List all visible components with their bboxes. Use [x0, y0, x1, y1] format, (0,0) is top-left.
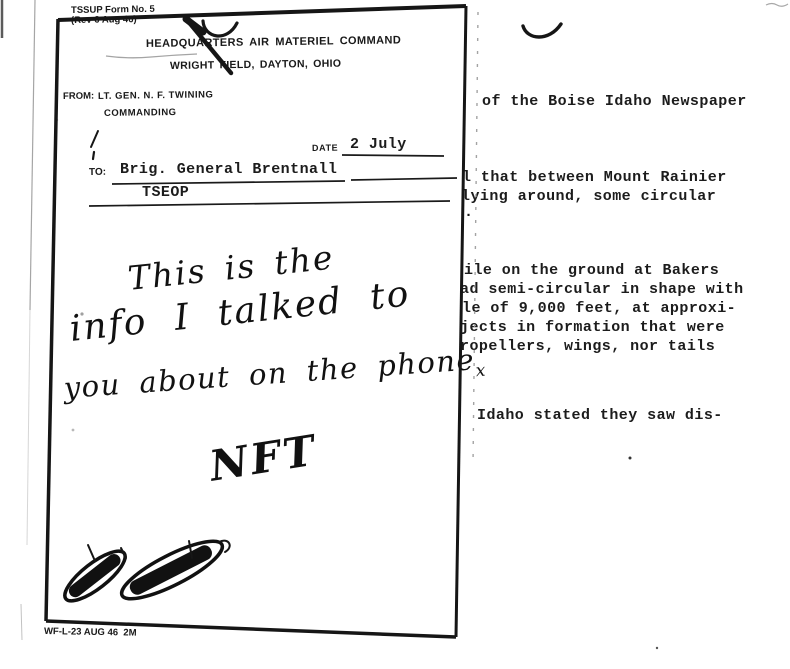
typed-fragment-line: l that between Mount Rainier	[462, 170, 727, 185]
ink-scribble-stray	[121, 548, 126, 558]
typed-fragment-line: of the Boise Idaho Newspaper	[482, 94, 747, 109]
location-line: WRIGHT FIELD, DAYTON, OHIO	[170, 59, 341, 72]
typed-fragment-line: ile on the ground at Bakers	[464, 263, 719, 278]
scan-edge-line	[30, 0, 35, 310]
date-label: DATE	[312, 144, 338, 153]
scan-speckle	[72, 429, 75, 432]
scanned-memo-document: of the Boise Idaho Newspaper l that betw…	[0, 0, 790, 669]
handwritten-note-line2: info I talked to	[68, 276, 412, 348]
scan-speckle	[629, 457, 632, 460]
form-border-left	[46, 19, 58, 621]
ink-scribble-stray	[88, 545, 95, 561]
ink-check-curve-right	[523, 24, 561, 37]
to-label: TO:	[89, 168, 106, 178]
headquarters-title: HEADQUARTERS AIR MATERIEL COMMAND	[146, 35, 401, 50]
scan-speckle	[656, 647, 658, 649]
ink-scribble-stray	[219, 541, 230, 552]
typed-fragment-line: ropellers, wings, nor tails	[460, 339, 715, 354]
typed-fragment-line: .	[464, 205, 473, 220]
from-label: FROM:	[63, 92, 94, 102]
scan-speckle	[766, 4, 788, 7]
signature-initials: NFT	[207, 429, 321, 487]
ink-tick-dot	[93, 152, 94, 159]
date-underline	[342, 155, 444, 156]
date-value: 2 July	[350, 137, 407, 152]
form-revision: (Rev 6 Aug 46)	[71, 15, 137, 25]
to-office: TSEOP	[142, 185, 189, 200]
ink-scribble-left	[58, 543, 132, 608]
form-footer-code: WF-L-23 AUG 46 2M	[44, 627, 137, 638]
typed-fragment-line: jects in formation that were	[460, 320, 725, 335]
to-underline-2	[351, 178, 457, 180]
page-margin-dotted-line	[473, 12, 478, 465]
scan-speckle	[21, 604, 22, 640]
scan-speckle	[56, 119, 58, 121]
to-name: Brig. General Brentnall	[120, 162, 337, 177]
pencil-squiggle	[106, 54, 197, 58]
scan-edge-line	[27, 310, 30, 545]
handwritten-note-line3: you about on the phonex	[63, 345, 488, 409]
ink-slash-arrowhead	[186, 19, 203, 32]
ink-tick-mark	[91, 131, 98, 147]
typed-fragment-line: ad semi-circular in shape with	[460, 282, 744, 297]
office-underline	[89, 201, 450, 206]
from-name: LT. GEN. N. F. TWINING	[98, 90, 213, 101]
ink-scribble-stray	[189, 541, 192, 558]
from-title: COMMANDING	[104, 108, 177, 119]
ink-check-curve	[203, 21, 237, 36]
ink-scribble-right	[115, 531, 228, 609]
handwritten-x-mark: x	[475, 360, 487, 381]
typed-fragment-line: le of 9,000 feet, at approxi-	[462, 301, 736, 316]
typed-fragment-line: Idaho stated they saw dis-	[477, 408, 723, 423]
typed-fragment-line: lying around, some circular	[461, 189, 716, 204]
